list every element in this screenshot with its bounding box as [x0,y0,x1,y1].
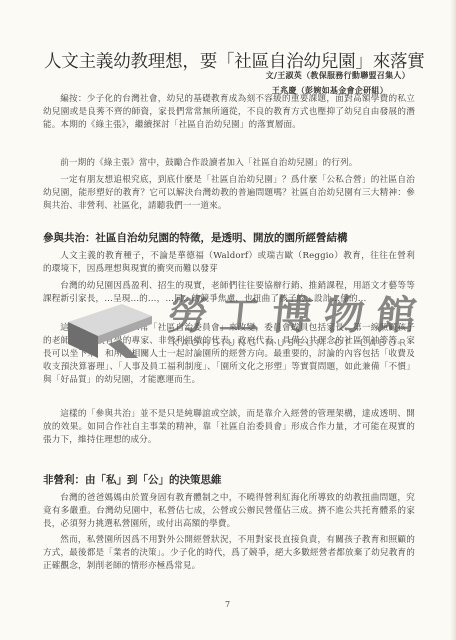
document-page: 人文主義幼教理想，要「社區自治幼兒園」來落實 文/王淑英（教保服務行動聯盟召集人… [0,0,456,640]
byline-author-1: 文/王淑英（教保服務行動聯盟召集人） [266,70,410,81]
section-heading-participation: 參與共治：社區自治幼兒園的特徵，是透明、開放的園所經營結構 [43,230,423,245]
intro-paragraph-2: 一定有朋友想追根究底，到底什麼是「社區自治幼兒園」？爲什麼「公私合營」的社區自治… [43,174,415,213]
section-1-paragraph-4: 這樣的「參與共治」並不是只是純聯誼或空談，而是靠介入經營的管理架構，達成透明、開… [43,408,415,447]
page-edge-shadow [450,0,456,640]
section-heading-non-profit: 非營利：由「私」到「公」的決策思維 [43,472,423,487]
editor-note: 編按：少子化的台灣社會，幼兒的基礎教育成為刻不容緩的重要課題，面對高額學費的私立… [43,93,415,132]
section-1-paragraph-1: 人文主義的教育種子，不論是華德福（Waldorf）或瑞吉歐（Reggio）教育，… [43,250,415,276]
section-2-paragraph-1: 台灣的爸爸媽媽由於置身固有教育體制之中，不曉得營利紅海化所導致的幼教扭曲問題，究… [43,492,415,531]
section-2-paragraph-2: 然而，私營園所因爲不用對外公開經營狀況，不用對家長直接負責，有關孩子教育和照顧的… [43,534,415,573]
intro-paragraph-1: 前一期的《綠主張》當中，鼓勵合作設讀者加入「社區自治幼兒園」的行列。 [43,157,415,170]
section-1-paragraph-3: 這股扭曲的力…，…常「社區自治委員會」來改變，委員會成員包括家長、第一線照顧孩子… [43,322,415,387]
article-title: 人文主義幼教理想，要「社區自治幼兒園」來落實 [44,48,424,73]
page-number: 7 [225,600,230,609]
section-1-paragraph-2: 台灣的幼兒園因爲盈利、招生的現實，老師們往往要協辦行銷、推銷課程，用語文才藝等等… [43,280,415,306]
